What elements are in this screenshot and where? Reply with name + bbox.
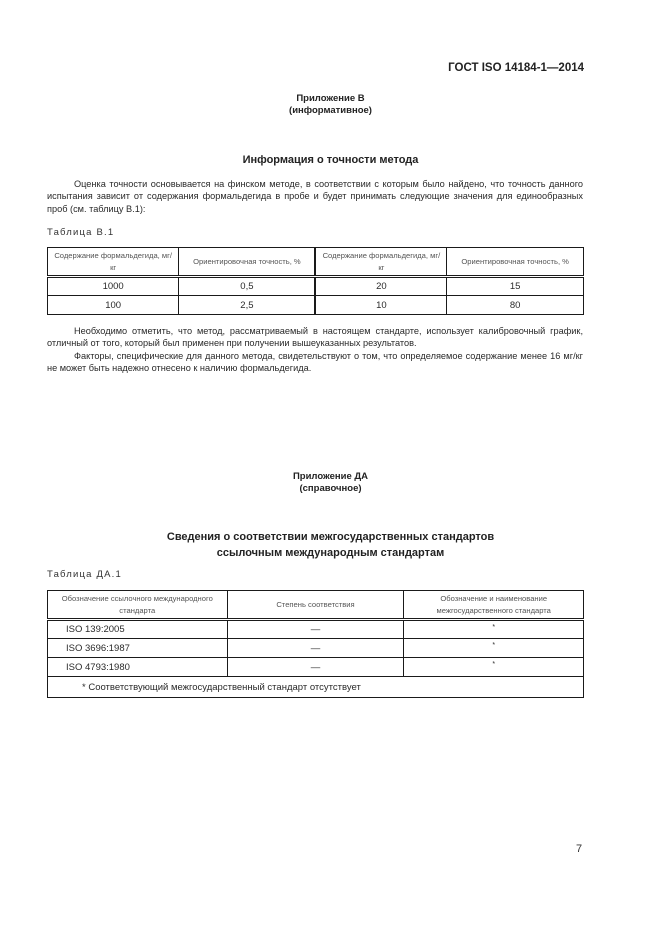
table-cell: 0,5	[179, 277, 316, 296]
annex-b-paragraph-2: Необходимо отметить, что метод, рассматр…	[47, 325, 583, 350]
annex-da-heading: Приложение ДА (справочное)	[0, 471, 661, 495]
table-cell: 20	[315, 277, 446, 296]
table-b1-label: Таблица В.1	[47, 227, 114, 238]
table-header-cell: Степень соответствия	[227, 591, 404, 620]
annex-b-title: Приложение В	[0, 93, 661, 105]
table-row: 100 2,5 10 80	[48, 296, 584, 315]
annex-da-section-title-line2: ссылочным международным стандартам	[0, 545, 661, 561]
table-cell: 100	[48, 296, 179, 315]
table-row: ISO 3696:1987 — *	[48, 639, 584, 658]
annex-da-section-title-line1: Сведения о соответствии межгосударственн…	[0, 529, 661, 545]
table-cell: —	[227, 639, 404, 658]
annex-b-status: (информативное)	[0, 105, 661, 117]
annex-b-section-title: Информация о точности метода	[0, 152, 661, 168]
table-footnote: * Соответствующий межгосударственный ста…	[48, 677, 584, 698]
table-row: ISO 139:2005 — *	[48, 620, 584, 639]
table-header-cell: Содержание формальдегида, мг/кг	[48, 248, 179, 277]
table-header-cell: Ориентировочная точность, %	[179, 248, 316, 277]
annex-b-intro-paragraph: Оценка точности основывается на финском …	[47, 178, 583, 215]
annex-da-section-title: Сведения о соответствии межгосударственн…	[0, 529, 661, 561]
table-cell: —	[227, 658, 404, 677]
annex-b-paragraph-2-text: Необходимо отметить, что метод, рассматр…	[47, 326, 583, 348]
annex-b-heading: Приложение В (информативное)	[0, 93, 661, 117]
table-da1-label: Таблица ДА.1	[47, 569, 122, 580]
table-footnote-row: * Соответствующий межгосударственный ста…	[48, 677, 584, 698]
document-standard-code: ГОСТ ISO 14184-1—2014	[448, 62, 584, 74]
table-row: 1000 0,5 20 15	[48, 277, 584, 296]
page-number: 7	[576, 843, 582, 855]
table-cell: 80	[447, 296, 584, 315]
table-cell: ISO 3696:1987	[48, 639, 228, 658]
table-cell: 15	[447, 277, 584, 296]
table-b1: Содержание формальдегида, мг/кг Ориентир…	[47, 247, 584, 315]
table-cell: *	[404, 658, 584, 677]
table-header-cell: Содержание формальдегида, мг/кг	[315, 248, 446, 277]
table-cell: ISO 139:2005	[48, 620, 228, 639]
annex-da-status: (справочное)	[0, 483, 661, 495]
table-cell: —	[227, 620, 404, 639]
table-cell: *	[404, 639, 584, 658]
annex-b-paragraph-3-text: Факторы, специфические для данного метод…	[47, 351, 583, 373]
annex-b-paragraph-3: Факторы, специфические для данного метод…	[47, 350, 583, 375]
table-cell: ISO 4793:1980	[48, 658, 228, 677]
table-header-row: Обозначение ссылочного международного ст…	[48, 591, 584, 620]
annex-b-intro-text: Оценка точности основывается на финском …	[47, 179, 583, 214]
table-cell: 10	[315, 296, 446, 315]
table-cell: 2,5	[179, 296, 316, 315]
table-da1: Обозначение ссылочного международного ст…	[47, 590, 584, 698]
annex-da-title: Приложение ДА	[0, 471, 661, 483]
table-header-cell: Обозначение ссылочного международного ст…	[48, 591, 228, 620]
table-row: ISO 4793:1980 — *	[48, 658, 584, 677]
table-cell: 1000	[48, 277, 179, 296]
table-header-cell: Обозначение и наименование межгосударств…	[404, 591, 584, 620]
table-header-row: Содержание формальдегида, мг/кг Ориентир…	[48, 248, 584, 277]
table-header-cell: Ориентировочная точность, %	[447, 248, 584, 277]
table-cell: *	[404, 620, 584, 639]
